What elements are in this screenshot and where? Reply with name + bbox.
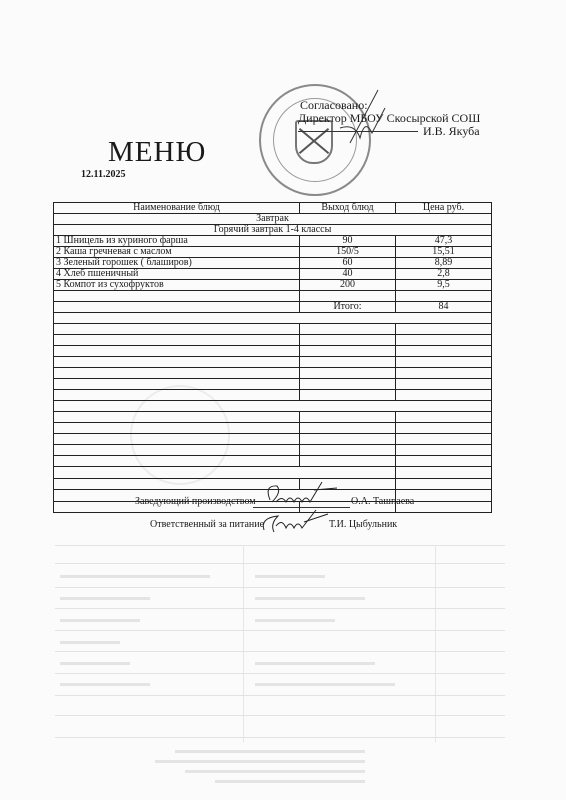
dish-yield: 200 <box>300 280 396 291</box>
header-dish-name: Наименование блюд <box>54 203 300 214</box>
table-row: 3 Зеленый горошек ( блаширов) 60 8,89 <box>54 258 492 269</box>
production-manager-role: Заведующий производством <box>135 496 256 507</box>
empty-row <box>54 335 492 346</box>
empty-row <box>54 456 492 467</box>
director-signature <box>330 88 390 148</box>
meal-title: Завтрак <box>54 214 492 225</box>
total-label: Итого: <box>300 302 396 313</box>
dish-name: 2 Каша гречневая с маслом <box>54 247 300 258</box>
nutrition-responsible-name: Т.И. Цыбульник <box>329 519 397 530</box>
dish-name: 4 Хлеб пшеничный <box>54 269 300 280</box>
empty-row <box>54 412 492 423</box>
reverse-page-bleed-through <box>55 545 505 790</box>
signature-row-production <box>54 467 492 479</box>
page-title: МЕНЮ <box>108 136 206 169</box>
empty-row <box>54 368 492 379</box>
empty-row <box>54 423 492 434</box>
production-manager-name: О.А. Ташпаева <box>351 496 414 507</box>
dish-name: 5 Компот из сухофруктов <box>54 280 300 291</box>
empty-row <box>54 324 492 335</box>
menu-table: Наименование блюд Выход блюд Цена руб. З… <box>53 202 492 513</box>
dish-name: 1 Шницель из куриного фарша <box>54 236 300 247</box>
nutrition-responsible-signature <box>258 508 330 536</box>
table-header-row: Наименование блюд Выход блюд Цена руб. <box>54 203 492 214</box>
dish-price: 2,8 <box>396 269 492 280</box>
header-price: Цена руб. <box>396 203 492 214</box>
dish-yield: 150/5 <box>300 247 396 258</box>
menu-date: 12.11.2025 <box>81 169 125 180</box>
empty-row <box>54 291 492 302</box>
dish-yield: 90 <box>300 236 396 247</box>
empty-row <box>54 445 492 456</box>
table-row: 4 Хлеб пшеничный 40 2,8 <box>54 269 492 280</box>
empty-row <box>54 390 492 401</box>
empty-row <box>54 346 492 357</box>
empty-row <box>54 401 492 412</box>
dish-name: 3 Зеленый горошек ( блаширов) <box>54 258 300 269</box>
dish-price: 15,51 <box>396 247 492 258</box>
total-row: Итого: 84 <box>54 302 492 313</box>
dish-price: 9,5 <box>396 280 492 291</box>
dish-price: 8,89 <box>396 258 492 269</box>
nutrition-responsible-role: Ответственный за питание <box>150 519 264 530</box>
dish-yield: 60 <box>300 258 396 269</box>
empty-row <box>54 434 492 445</box>
empty-row <box>54 357 492 368</box>
empty-row <box>54 313 492 324</box>
table-row: 2 Каша гречневая с маслом 150/5 15,51 <box>54 247 492 258</box>
header-yield: Выход блюд <box>300 203 396 214</box>
table-row: 1 Шницель из куриного фарша 90 47,3 <box>54 236 492 247</box>
total-value: 84 <box>396 302 492 313</box>
dish-yield: 40 <box>300 269 396 280</box>
production-manager-signature <box>262 480 342 510</box>
empty-row <box>54 379 492 390</box>
dish-price: 47,3 <box>396 236 492 247</box>
section-title: Горячий завтрак 1-4 классы <box>54 225 492 236</box>
table-row: 5 Компот из сухофруктов 200 9,5 <box>54 280 492 291</box>
